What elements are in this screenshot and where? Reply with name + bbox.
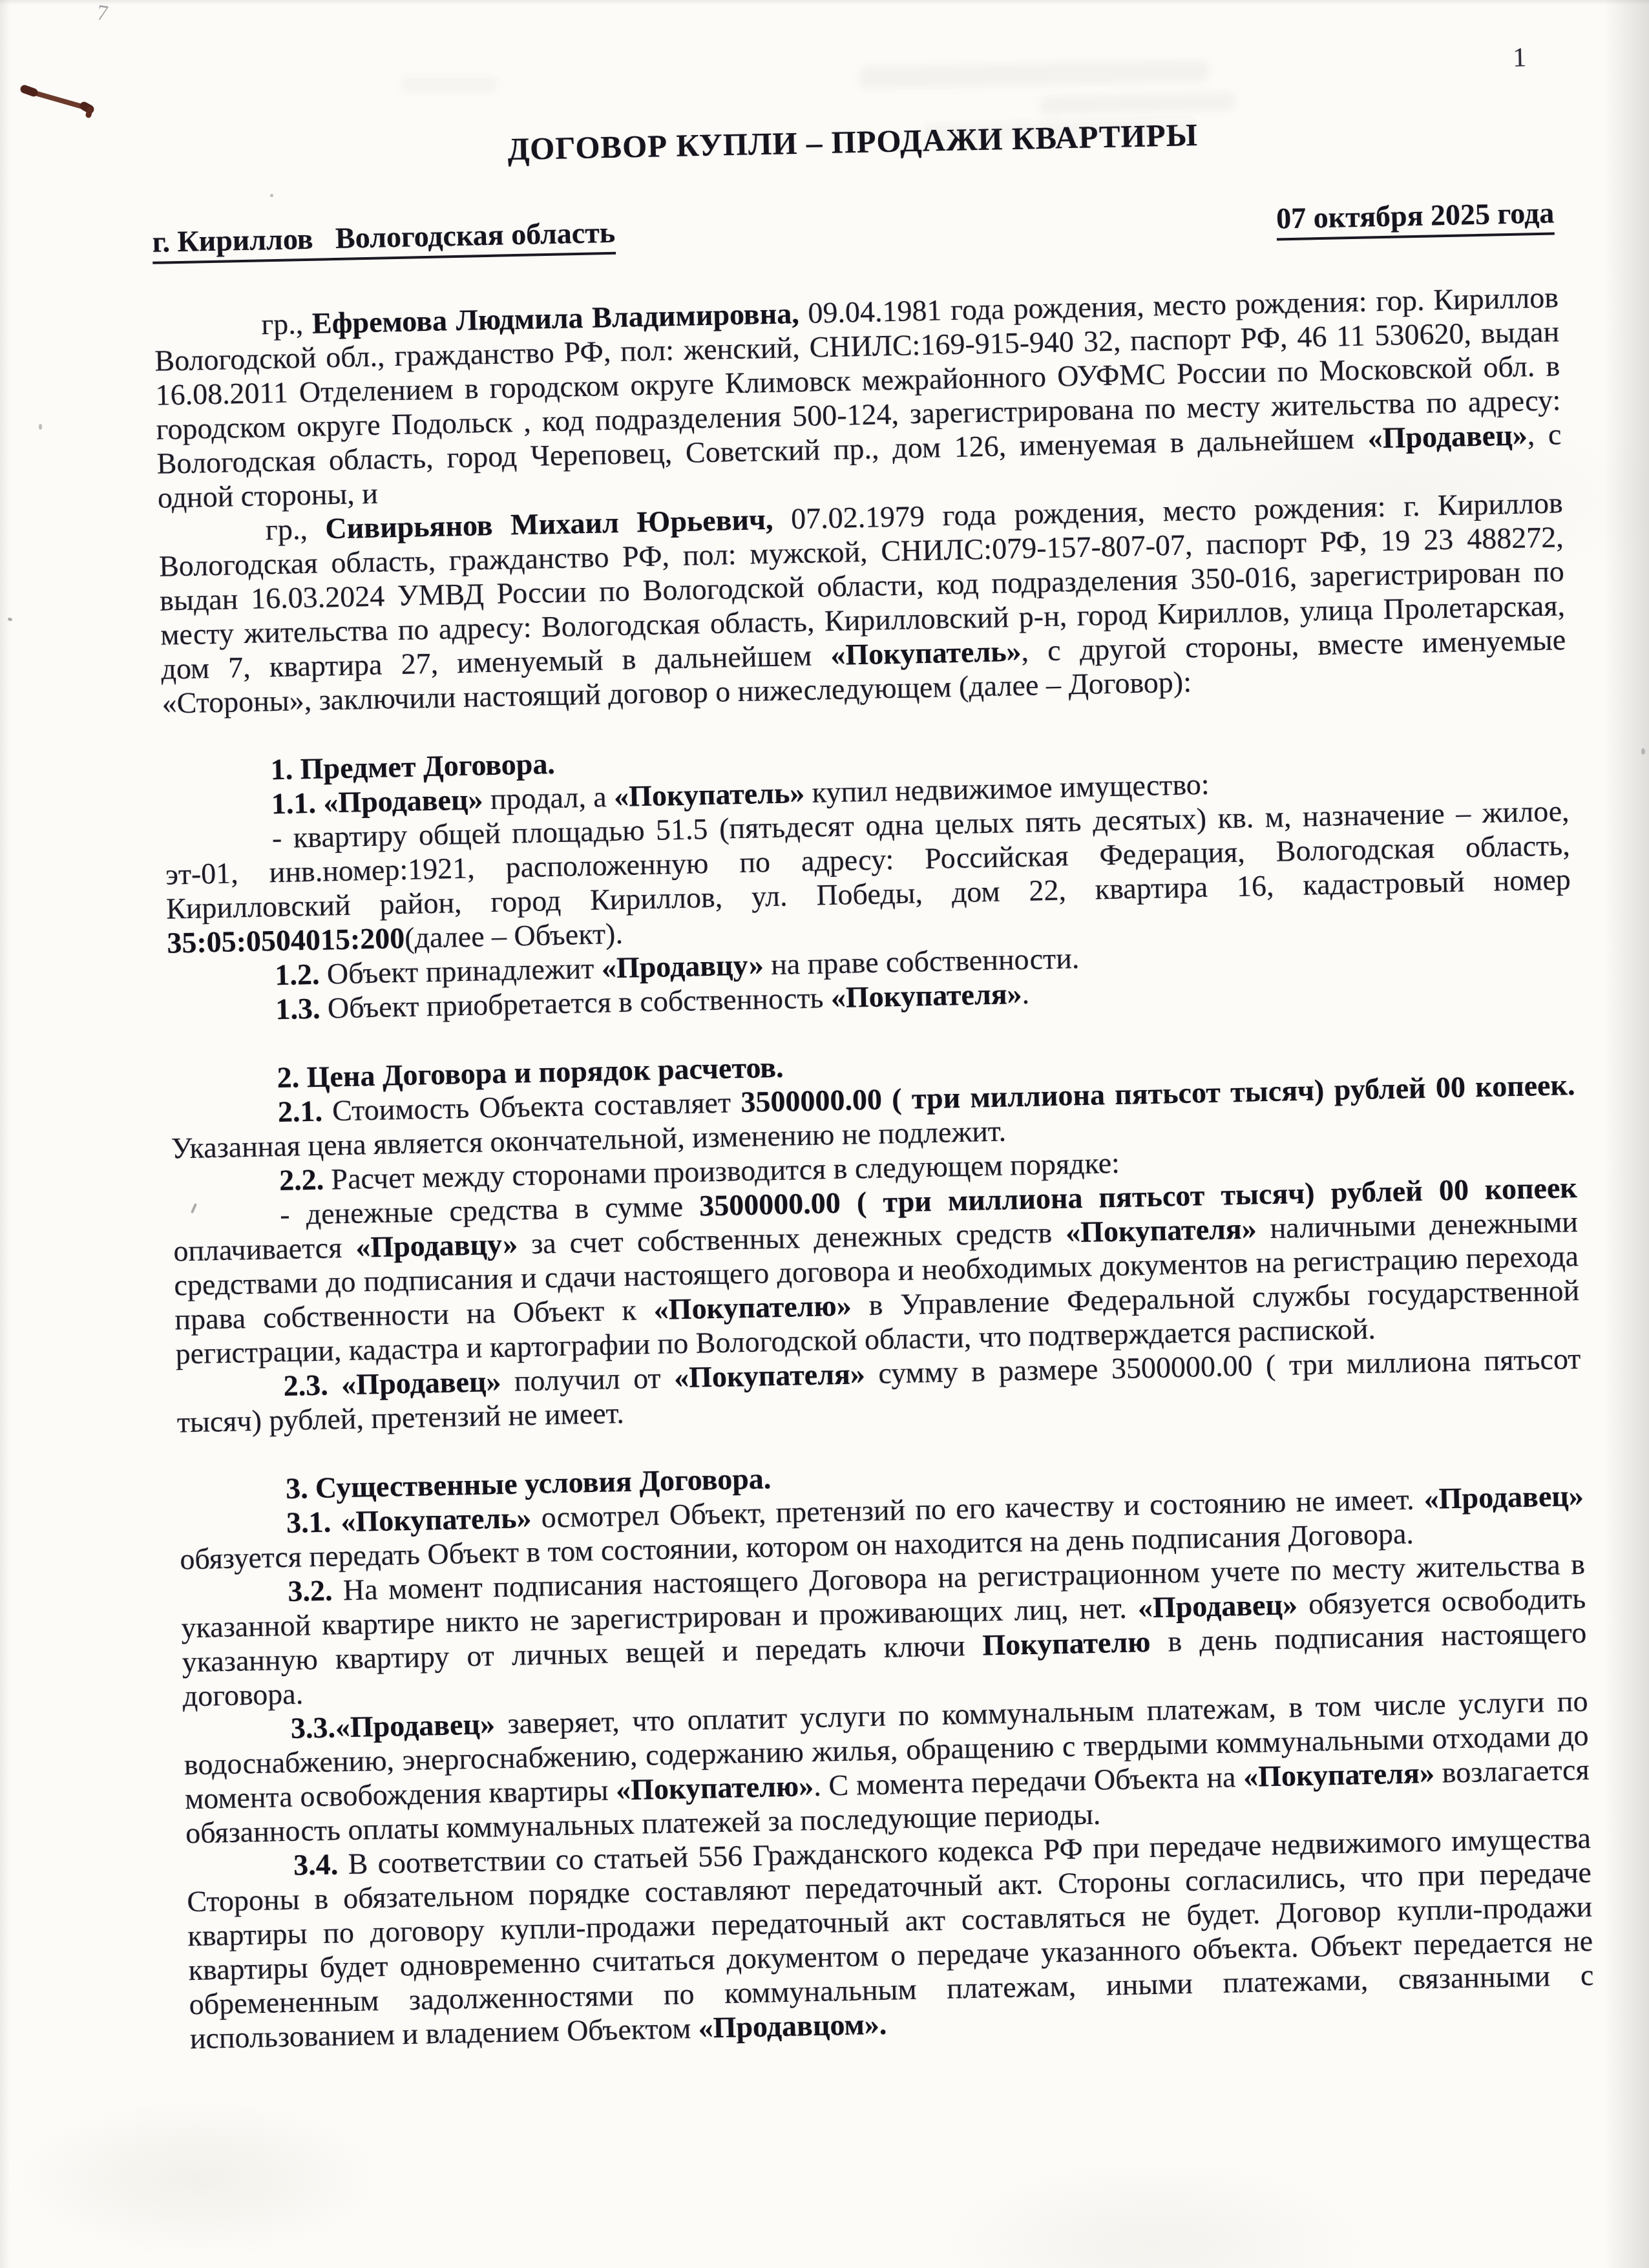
document-title: ДОГОВОР КУПЛИ – ПРОДАЖИ КВАРТИРЫ <box>150 109 1555 176</box>
place-date-row: г. Кириллов Вологодская область 07 октяб… <box>152 195 1557 264</box>
scanned-contract-page: { "page": { "number": "1", "title": "ДОГ… <box>0 0 1649 2268</box>
page-number: 1 <box>149 41 1554 102</box>
contract-date: 07 октября 2025 года <box>1276 195 1555 240</box>
paragraph-intro-seller: гр., Ефремова Людмила Владимировна, 09.0… <box>154 280 1562 514</box>
contract-place: г. Кириллов Вологодская область <box>152 215 616 264</box>
clause-2-2-item: - денежные средства в сумме 3500000.00 (… <box>173 1170 1581 1370</box>
clause-3-4: 3.4. В соответствии со статьей 556 Гражд… <box>186 1821 1595 2055</box>
document-paragraphs: гр., Ефремова Людмила Владимировна, 09.0… <box>154 280 1595 2055</box>
document-content: 1 ДОГОВОР КУПЛИ – ПРОДАЖИ КВАРТИРЫ г. Ки… <box>0 0 1649 2059</box>
scan-speck <box>7 617 12 622</box>
paragraph-intro-buyer: гр., Сивирьянов Михаил Юрьевич, 07.02.19… <box>158 485 1566 720</box>
